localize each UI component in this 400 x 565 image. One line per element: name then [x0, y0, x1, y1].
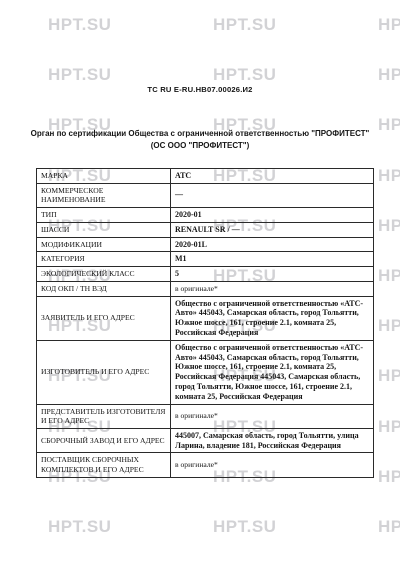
row-value: в оригинале* — [171, 404, 374, 428]
row-label: ЗАЯВИТЕЛЬ И ЕГО АДРЕС — [37, 296, 171, 340]
row-value: 445007, Самарская область, город Тольятт… — [171, 428, 374, 453]
table-row: ИЗГОТОВИТЕЛЬ И ЕГО АДРЕСОбщество с огран… — [37, 340, 374, 404]
row-label: ЭКОЛОГИЧЕСКИЙ КЛАСС — [37, 267, 171, 282]
document-content: ТС RU E-RU.НВ07.00026.И2 Орган по сертиф… — [0, 0, 400, 565]
row-label: КОД ОКП / ТН ВЭД — [37, 281, 171, 296]
row-value: в оригинале* — [171, 453, 374, 477]
table-row: ПОСТАВЩИК СБОРОЧНЫХ КОМПЛЕКТОВ И ЕГО АДР… — [37, 453, 374, 477]
row-value: М1 — [171, 252, 374, 267]
row-value: 2020-01 — [171, 207, 374, 222]
row-label: МАРКА — [37, 169, 171, 184]
row-label: СБОРОЧНЫЙ ЗАВОД И ЕГО АДРЕС — [37, 428, 171, 453]
row-label: КАТЕГОРИЯ — [37, 252, 171, 267]
row-value: в оригинале* — [171, 281, 374, 296]
table-row: ЗАЯВИТЕЛЬ И ЕГО АДРЕСОбщество с ограниче… — [37, 296, 374, 340]
table-row: ТИП2020-01 — [37, 207, 374, 222]
table-row: МОДИФИКАЦИИ2020-01L — [37, 237, 374, 252]
table-row: МАРКААТС — [37, 169, 374, 184]
row-label: ПОСТАВЩИК СБОРОЧНЫХ КОМПЛЕКТОВ И ЕГО АДР… — [37, 453, 171, 477]
table-row: КОД ОКП / ТН ВЭДв оригинале* — [37, 281, 374, 296]
table-row: ПРЕДСТАВИТЕЛЬ ИЗГОТОВИТЕЛЯ И ЕГО АДРЕСв … — [37, 404, 374, 428]
row-value: Общество с ограниченной ответственностью… — [171, 340, 374, 404]
row-label: ШАССИ — [37, 222, 171, 237]
row-label: ИЗГОТОВИТЕЛЬ И ЕГО АДРЕС — [37, 340, 171, 404]
row-label: ТИП — [37, 207, 171, 222]
table-row: ЭКОЛОГИЧЕСКИЙ КЛАСС5 — [37, 267, 374, 282]
row-value: АТС — [171, 169, 374, 184]
row-label: МОДИФИКАЦИИ — [37, 237, 171, 252]
row-value: — — [171, 183, 374, 207]
row-value: 2020-01L — [171, 237, 374, 252]
row-value: Общество с ограниченной ответственностью… — [171, 296, 374, 340]
table-row: ШАССИRENAULT SR / — — [37, 222, 374, 237]
certification-body-text: Орган по сертификации Общества с огранич… — [24, 128, 376, 151]
table-row: КОММЕРЧЕСКОЕ НАИМЕНОВАНИЕ— — [37, 183, 374, 207]
table-row: СБОРОЧНЫЙ ЗАВОД И ЕГО АДРЕС445007, Самар… — [37, 428, 374, 453]
row-value: 5 — [171, 267, 374, 282]
row-value: RENAULT SR / — — [171, 222, 374, 237]
certificate-document-page: { "watermark": { "text": "HPT.SU", "colo… — [0, 0, 400, 565]
row-label: ПРЕДСТАВИТЕЛЬ ИЗГОТОВИТЕЛЯ И ЕГО АДРЕС — [37, 404, 171, 428]
table-row: КАТЕГОРИЯМ1 — [37, 252, 374, 267]
document-number: ТС RU E-RU.НВ07.00026.И2 — [0, 85, 400, 94]
spec-table-body: МАРКААТСКОММЕРЧЕСКОЕ НАИМЕНОВАНИЕ—ТИП202… — [37, 169, 374, 478]
spec-table: МАРКААТСКОММЕРЧЕСКОЕ НАИМЕНОВАНИЕ—ТИП202… — [36, 168, 374, 478]
row-label: КОММЕРЧЕСКОЕ НАИМЕНОВАНИЕ — [37, 183, 171, 207]
